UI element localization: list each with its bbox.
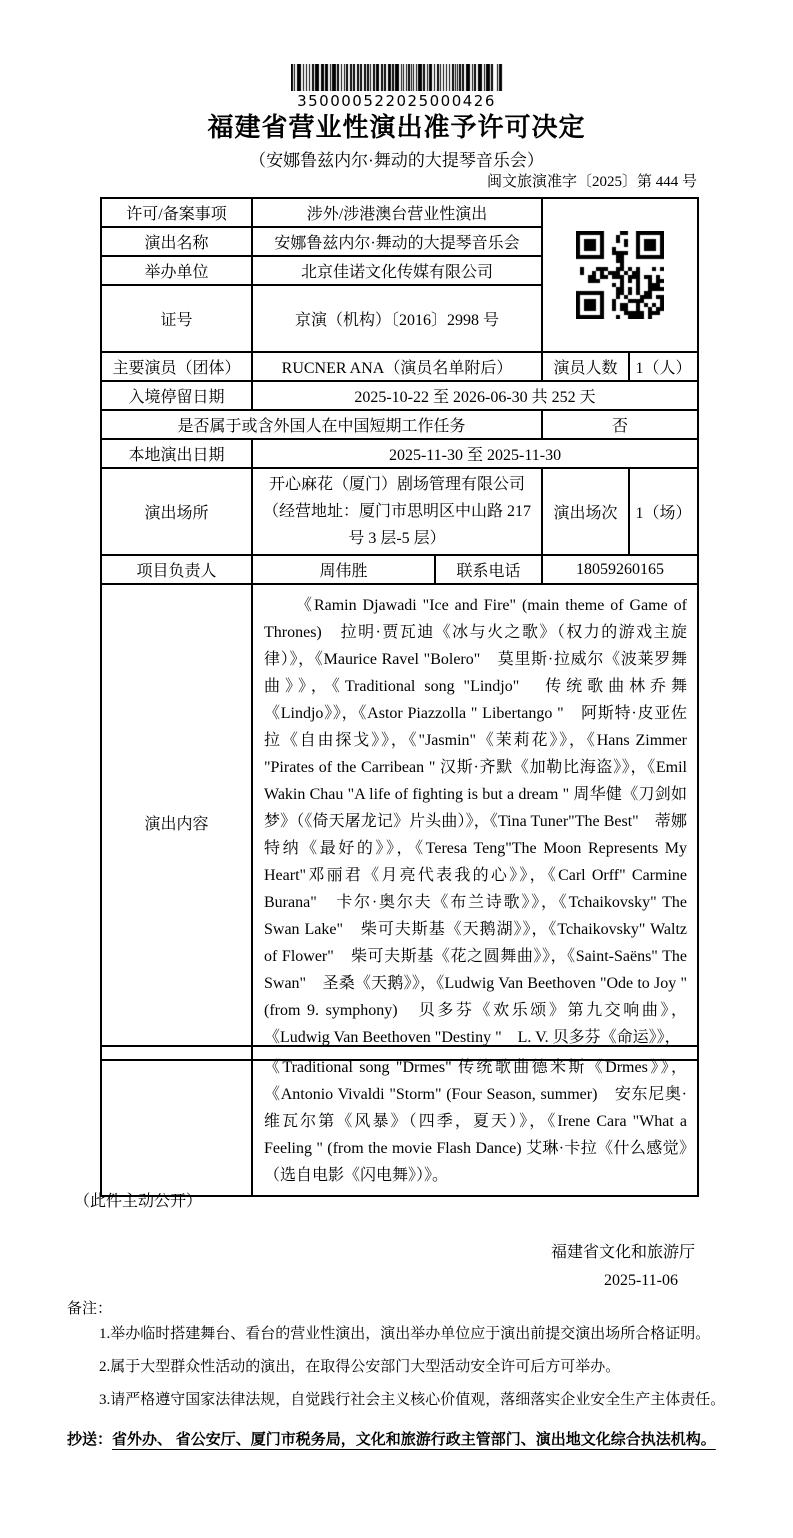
issue-date: 2025-11-06: [100, 1272, 678, 1290]
page-title: 福建省营业性演出准予许可决定: [0, 107, 793, 144]
table-row: 《Traditional song "Drmes" 传统歌曲德米斯《Drmes》…: [101, 1046, 698, 1196]
performers-value: RUCNER ANA（演员名单附后）: [252, 352, 542, 381]
qr-cell: [542, 198, 698, 352]
content-value: 《Ramin Djawadi "Ice and Fire" (main them…: [252, 584, 698, 1060]
performers-label: 主要演员（团体）: [101, 352, 252, 381]
content-continued-label: [101, 1046, 252, 1196]
license-item-label: 许可/备案事项: [101, 198, 252, 227]
venue-value: 开心麻花（厦门）剧场管理有限公司（经营地址：厦门市思明区中山路 217 号 3 …: [252, 468, 542, 555]
manager-value: 周伟胜: [252, 555, 435, 584]
page-subtitle: （安娜鲁兹内尔·舞动的大提琴音乐会）: [0, 146, 793, 171]
table-row: 演出场所 开心麻花（厦门）剧场管理有限公司（经营地址：厦门市思明区中山路 217…: [101, 468, 698, 555]
permit-table: 许可/备案事项 涉外/涉港澳台营业性演出 演出名称 安娜鲁兹内尔·舞动的大提琴音…: [100, 197, 699, 1061]
content-label: 演出内容: [101, 584, 252, 1060]
short-term-work-value: 否: [542, 410, 698, 439]
cc-label: 抄送：: [67, 1432, 112, 1448]
performer-count-value: 1（人）: [629, 352, 698, 381]
sessions-value: 1（场）: [629, 468, 698, 555]
table-row: 项目负责人 周伟胜 联系电话 18059260165: [101, 555, 698, 584]
entry-stay-value: 2025-10-22 至 2026-06-30 共 252 天: [252, 381, 698, 410]
show-name-label: 演出名称: [101, 227, 252, 256]
qr-code-icon: [576, 231, 664, 319]
issuing-authority: 福建省文化和旅游厅: [100, 1239, 695, 1262]
phone-label: 联系电话: [435, 555, 542, 584]
cc-line: 抄送：省外办、 省公安厅、厦门市税务局，文化和旅游行政主管部门、演出地文化综合执…: [67, 1424, 723, 1456]
organizer-value: 北京佳诺文化传媒有限公司: [252, 256, 542, 285]
organizer-label: 举办单位: [101, 256, 252, 285]
content-continued-value: 《Traditional song "Drmes" 传统歌曲德米斯《Drmes》…: [252, 1046, 698, 1196]
table-row: 演出内容 《Ramin Djawadi "Ice and Fire" (main…: [101, 584, 698, 1060]
phone-value: 18059260165: [542, 555, 698, 584]
table-row: 许可/备案事项 涉外/涉港澳台营业性演出: [101, 198, 698, 227]
cert-no-value: 京演（机构）〔2016〕2998 号: [252, 285, 542, 352]
manager-label: 项目负责人: [101, 555, 252, 584]
document-number: 闽文旅演准字〔2025〕第 444 号: [100, 170, 697, 191]
disclosure-note: （此件主动公开）: [74, 1188, 202, 1211]
permit-document: 350000522025000426 福建省营业性演出准予许可决定 （安娜鲁兹内…: [0, 0, 793, 1538]
barcode-image: [291, 64, 503, 91]
short-term-work-label: 是否属于或含外国人在中国短期工作任务: [101, 410, 542, 439]
table-row: 主要演员（团体） RUCNER ANA（演员名单附后） 演员人数 1（人）: [101, 352, 698, 381]
show-name-value: 安娜鲁兹内尔·舞动的大提琴音乐会: [252, 227, 542, 256]
cc-text: 省外办、 省公安厅、厦门市税务局，文化和旅游行政主管部门、演出地文化综合执法机构…: [112, 1432, 716, 1448]
barcode-block: 350000522025000426: [0, 64, 793, 110]
table-row: 是否属于或含外国人在中国短期工作任务 否: [101, 410, 698, 439]
cert-no-label: 证号: [101, 285, 252, 352]
content-continuation-table: 《Traditional song "Drmes" 传统歌曲德米斯《Drmes》…: [100, 1045, 699, 1197]
local-dates-value: 2025-11-30 至 2025-11-30: [252, 439, 698, 468]
notes-label: 备注：: [67, 1297, 112, 1318]
table-row: 入境停留日期 2025-10-22 至 2026-06-30 共 252 天: [101, 381, 698, 410]
note-item: 2.属于大型群众性活动的演出，在取得公安部门大型活动安全许可后方可举办。: [99, 1357, 731, 1377]
sessions-label: 演出场次: [542, 468, 629, 555]
performer-count-label: 演员人数: [542, 352, 629, 381]
notes-list: 1.举办临时搭建舞台、看台的营业性演出，演出举办单位应于演出前提交演出场所合格证…: [99, 1324, 731, 1423]
entry-stay-label: 入境停留日期: [101, 381, 252, 410]
license-item-value: 涉外/涉港澳台营业性演出: [252, 198, 542, 227]
table-row: 本地演出日期 2025-11-30 至 2025-11-30: [101, 439, 698, 468]
note-item: 3.请严格遵守国家法律法规，自觉践行社会主义核心价值观，落细落实企业安全生产主体…: [99, 1390, 731, 1410]
local-dates-label: 本地演出日期: [101, 439, 252, 468]
note-item: 1.举办临时搭建舞台、看台的营业性演出，演出举办单位应于演出前提交演出场所合格证…: [99, 1324, 731, 1344]
venue-label: 演出场所: [101, 468, 252, 555]
